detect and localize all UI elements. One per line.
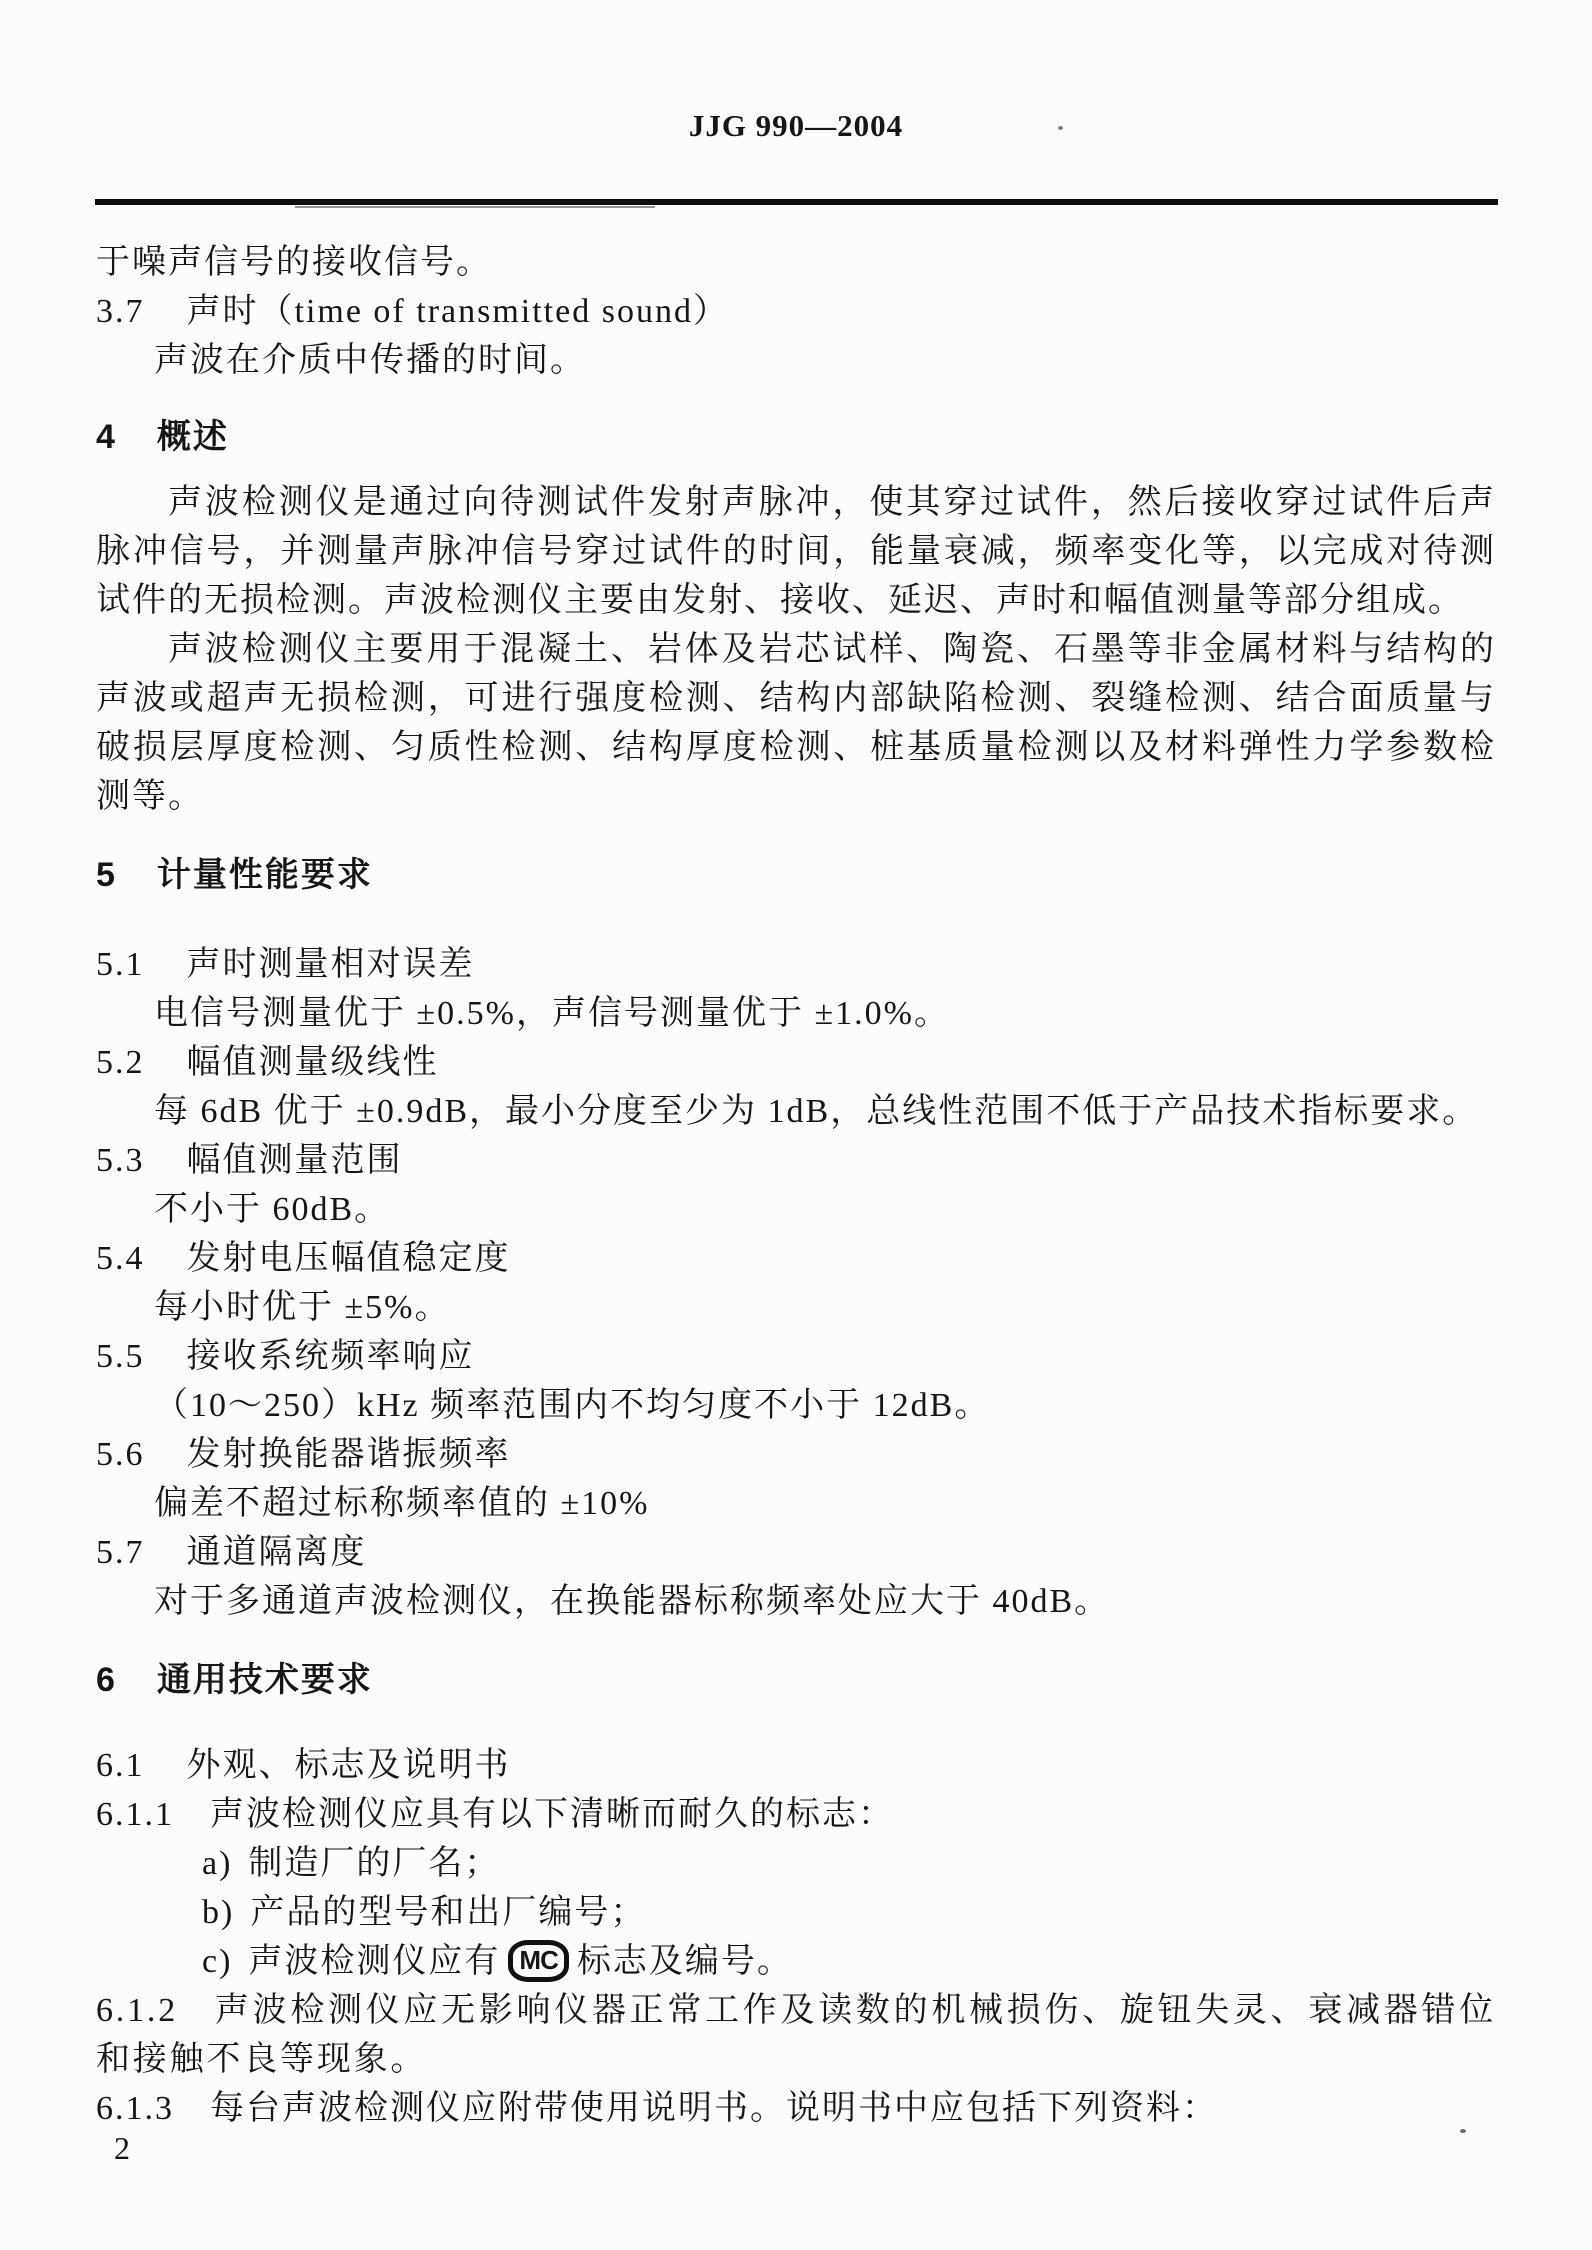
clause-title: 通道隔离度 [187,1534,367,1571]
list-label: a) [202,1845,232,1882]
clause-5-5-detail: （10～250）kHz 频率范围内不均匀度不小于 12dB。 [96,1381,1496,1430]
clause-title: 声时测量相对误差 [187,946,475,983]
clause-number: 6.1.2 [96,1992,178,2029]
clause-title: 接收系统频率响应 [187,1338,475,1375]
list-label: b) [202,1894,234,1931]
page-content: 于噪声信号的接收信号。 3.7声时（time of transmitted so… [96,238,1496,2133]
list-text: 制造厂的厂名； [248,1845,500,1882]
section-6-title: 通用技术要求 [157,1661,373,1699]
clause-number: 5.6 [96,1436,145,1473]
section-4-heading: 4概述 [96,413,1496,462]
clause-5-1-title: 5.1声时测量相对误差 [96,940,1496,989]
clause-text: 声波检测仪应无影响仪器正常工作及读数的机械损伤、旋钮失灵、衰减器错位和接触不良等… [96,1992,1496,2078]
term-3-7: 3.7声时（time of transmitted sound） [96,287,1496,336]
term-3-7-number: 3.7 [96,293,145,330]
clause-number: 5.2 [96,1044,145,1081]
mark-item-a: a)制造厂的厂名； [96,1839,1496,1888]
clause-5-2-title: 5.2幅值测量级线性 [96,1038,1496,1087]
section-4-paragraph-2: 声波检测仪主要用于混凝土、岩体及岩芯试样、陶瓷、石墨等非金属材料与结构的声波或超… [96,625,1496,821]
clause-number: 5.4 [96,1240,145,1277]
header-rule [95,199,1498,205]
header-rule-smudge [295,206,655,208]
clause-title: 幅值测量级线性 [187,1044,439,1081]
clause-text: 声波检测仪应具有以下清晰而耐久的标志： [210,1796,894,1833]
clause-5-3-detail: 不小于 60dB。 [96,1185,1496,1234]
clause-number: 6.1.3 [96,2090,174,2127]
clause-number: 6.1.1 [96,1796,174,1833]
term-3-7-title: 声时（time of transmitted sound） [187,293,729,330]
mc-certification-mark-icon: MC [508,1940,568,1982]
clause-title: 发射换能器谐振频率 [187,1436,511,1473]
clause-6-1-3: 6.1.3每台声波检测仪应附带使用说明书。说明书中应包括下列资料： [96,2084,1496,2133]
scan-speck [1058,126,1063,130]
clause-6-1-2: 6.1.2声波检测仪应无影响仪器正常工作及读数的机械损伤、旋钮失灵、衰减器错位和… [96,1986,1496,2084]
page-number: 2 [114,2130,130,2167]
clause-5-4-detail: 每小时优于 ±5%。 [96,1283,1496,1332]
clause-5-1-detail: 电信号测量优于 ±0.5%，声信号测量优于 ±1.0%。 [96,989,1496,1038]
section-5-title: 计量性能要求 [157,856,373,894]
section-5-number: 5 [96,856,117,894]
clause-6-1-title: 6.1外观、标志及说明书 [96,1741,1496,1790]
clause-title: 发射电压幅值稳定度 [187,1240,511,1277]
clause-number: 5.5 [96,1338,145,1375]
document-page: JJG 990—2004 于噪声信号的接收信号。 3.7声时（time of t… [0,0,1592,2250]
section-4-paragraph-1: 声波检测仪是通过向待测试件发射声脉冲，使其穿过试件，然后接收穿过试件后声脉冲信号… [96,478,1496,625]
clause-number: 5.3 [96,1142,145,1179]
clause-number: 6.1 [96,1747,145,1784]
section-6-number: 6 [96,1661,117,1699]
list-text: 产品的型号和出厂编号； [250,1894,646,1931]
clause-6-1-1: 6.1.1声波检测仪应具有以下清晰而耐久的标志： [96,1790,1496,1839]
clause-title: 幅值测量范围 [187,1142,403,1179]
clause-5-5-title: 5.5接收系统频率响应 [96,1332,1496,1381]
clause-5-7-detail: 对于多通道声波检测仪，在换能器标称频率处应大于 40dB。 [96,1577,1496,1626]
carryover-text: 于噪声信号的接收信号。 [96,238,1496,287]
section-4-title: 概述 [157,418,229,456]
section-6-heading: 6通用技术要求 [96,1656,1496,1705]
clause-5-2-detail: 每 6dB 优于 ±0.9dB，最小分度至少为 1dB，总线性范围不低于产品技术… [96,1087,1496,1136]
term-3-7-definition: 声波在介质中传播的时间。 [96,336,1496,385]
clause-5-3-title: 5.3幅值测量范围 [96,1136,1496,1185]
mark-item-c: c)声波检测仪应有MC标志及编号。 [96,1937,1496,1986]
clause-5-6-title: 5.6发射换能器谐振频率 [96,1430,1496,1479]
clause-title: 外观、标志及说明书 [187,1747,511,1784]
clause-5-7-title: 5.7通道隔离度 [96,1528,1496,1577]
section-5-heading: 5计量性能要求 [96,851,1496,900]
section-4-number: 4 [96,418,117,456]
list-text: 标志及编号。 [577,1943,793,1980]
clause-5-4-title: 5.4发射电压幅值稳定度 [96,1234,1496,1283]
clause-5-6-detail: 偏差不超过标称频率值的 ±10% [96,1479,1496,1528]
list-text: 声波检测仪应有 [248,1943,500,1980]
clause-text: 每台声波检测仪应附带使用说明书。说明书中应包括下列资料： [210,2090,1218,2127]
doc-code-header: JJG 990—2004 [0,108,1592,144]
clause-number: 5.7 [96,1534,145,1571]
mark-item-b: b)产品的型号和出厂编号； [96,1888,1496,1937]
list-label: c) [202,1943,232,1980]
clause-number: 5.1 [96,946,145,983]
